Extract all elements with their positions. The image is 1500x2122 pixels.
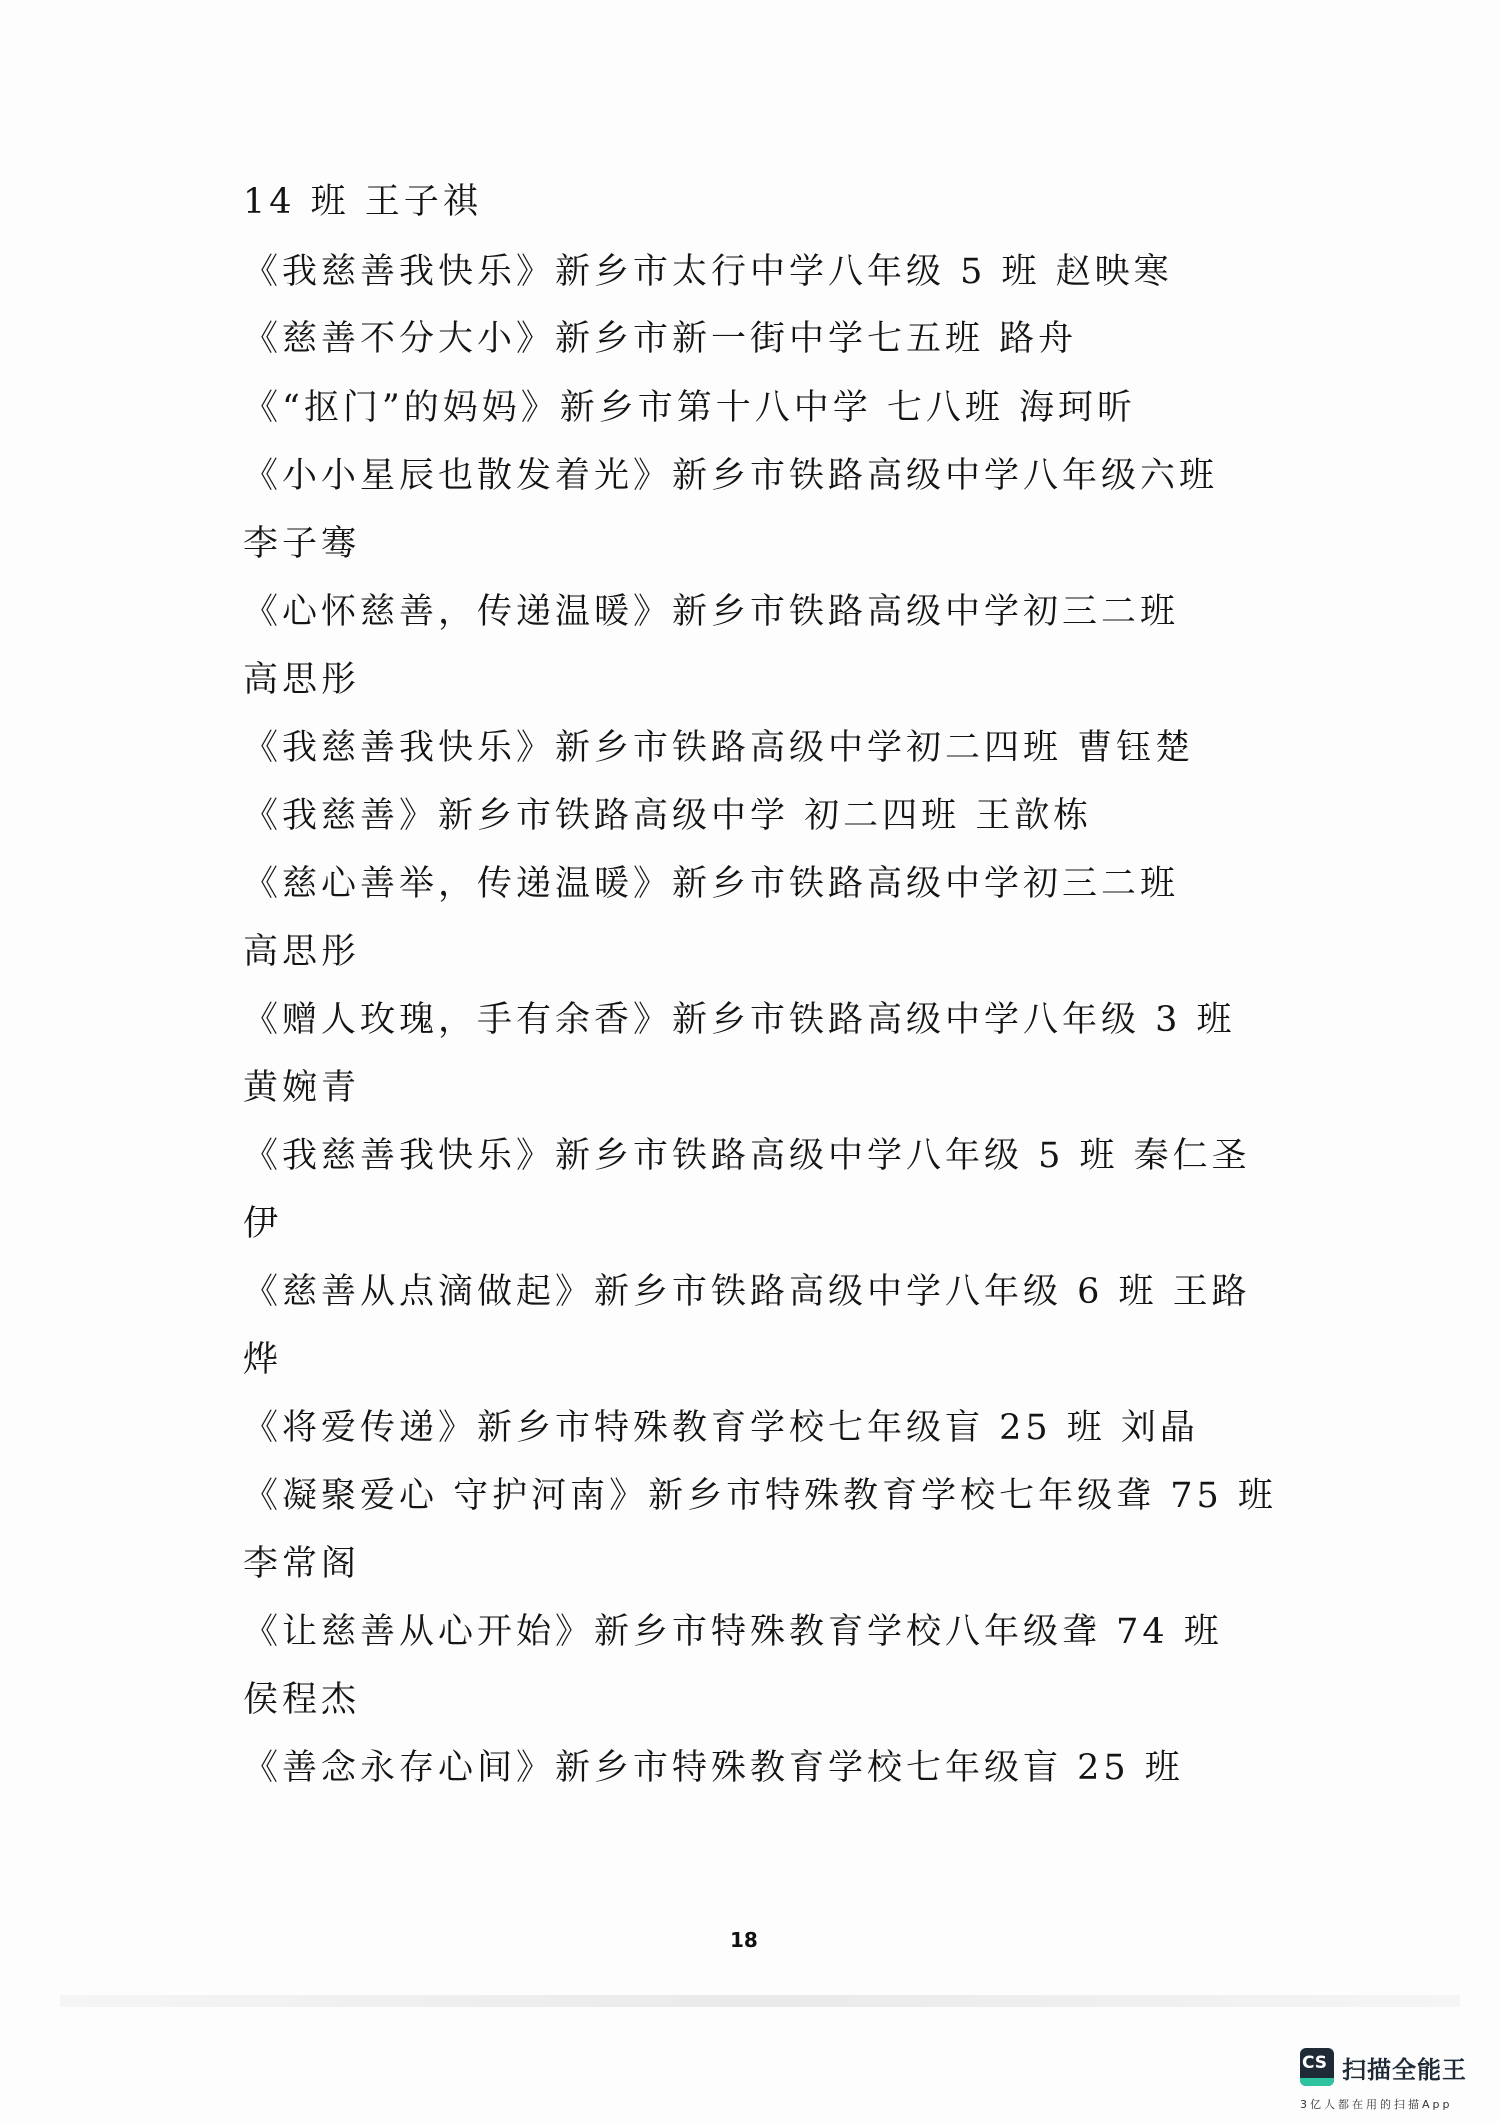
list-line: 黄婉青 xyxy=(243,1066,360,1110)
list-line: 伊 xyxy=(243,1202,282,1246)
list-line: 高思彤 xyxy=(243,658,360,702)
scanner-watermark: CS 扫描全能王 3亿人都在用的扫描App xyxy=(1300,2048,1490,2118)
list-line: 《我慈善我快乐》新乡市太行中学八年级 5 班 赵映寒 xyxy=(243,250,1173,294)
page-number: 18 xyxy=(730,1928,758,1952)
list-line: 侯程杰 xyxy=(243,1678,360,1722)
watermark-title: 扫描全能王 xyxy=(1342,2050,1467,2085)
list-line: 《我慈善我快乐》新乡市铁路高级中学初二四班 曹钰楚 xyxy=(243,726,1194,770)
list-line: 《赠人玫瑰，手有余香》新乡市铁路高级中学八年级 3 班 xyxy=(243,998,1236,1042)
list-line: 《我慈善我快乐》新乡市铁路高级中学八年级 5 班 秦仁圣 xyxy=(243,1134,1251,1178)
list-line: 《善念永存心间》新乡市特殊教育学校七年级盲 25 班 xyxy=(243,1746,1184,1790)
watermark-subtitle: 3亿人都在用的扫描App xyxy=(1300,2096,1453,2112)
camscanner-logo-icon: CS xyxy=(1300,2048,1334,2086)
list-line: 《我慈善》新乡市铁路高级中学 初二四班 王歆栋 xyxy=(243,794,1092,838)
document-page: 14 班 王子祺《我慈善我快乐》新乡市太行中学八年级 5 班 赵映寒《慈善不分大… xyxy=(0,0,1500,2122)
list-line: 14 班 王子祺 xyxy=(243,180,482,224)
list-line: 烨 xyxy=(243,1338,282,1382)
list-line: 《将爱传递》新乡市特殊教育学校七年级盲 25 班 刘晶 xyxy=(243,1406,1199,1450)
list-line: 李子骞 xyxy=(243,522,360,566)
list-line: 《慈善不分大小》新乡市新一街中学七五班 路舟 xyxy=(243,317,1077,361)
logo-accent-stripe xyxy=(1300,2078,1334,2086)
list-line: 《“抠门”的妈妈》新乡市第十八中学 七八班 海珂昕 xyxy=(243,386,1136,430)
list-line: 《心怀慈善，传递温暖》新乡市铁路高级中学初三二班 xyxy=(243,590,1179,634)
list-line: 李常阁 xyxy=(243,1542,360,1586)
list-line: 《让慈善从心开始》新乡市特殊教育学校八年级聋 74 班 xyxy=(243,1610,1223,1654)
list-line: 《小小星辰也散发着光》新乡市铁路高级中学八年级六班 xyxy=(243,454,1218,498)
list-line: 高思彤 xyxy=(243,930,360,974)
list-line: 《慈心善举，传递温暖》新乡市铁路高级中学初三二班 xyxy=(243,862,1179,906)
scan-artifact xyxy=(60,1995,1460,2007)
list-line: 《慈善从点滴做起》新乡市铁路高级中学八年级 6 班 王路 xyxy=(243,1270,1251,1314)
logo-text: CS xyxy=(1302,2053,1327,2073)
list-line: 《凝聚爱心 守护河南》新乡市特殊教育学校七年级聋 75 班 xyxy=(243,1474,1277,1518)
